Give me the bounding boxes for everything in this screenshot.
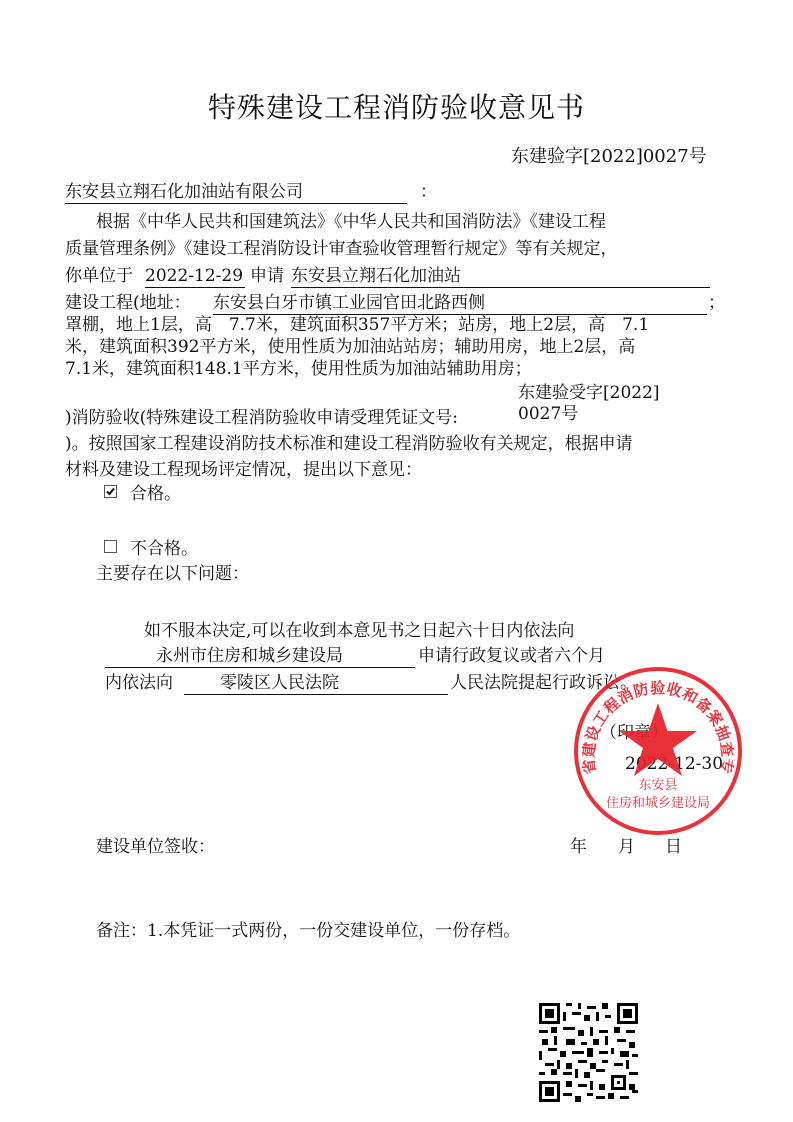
body-line-3-mid: 申请 [250, 265, 284, 287]
appeal-line-1: 如不服本决定,可以在收到本意见书之日起六十日内依法向 [144, 620, 574, 642]
appeal-line-3-prefix: 内依法向 [105, 672, 173, 694]
body-line-10: 材料及建设工程现场评定情况，提出以下意见： [65, 459, 422, 481]
signoff-month: 月 [618, 836, 635, 858]
body-line-4-prefix: 建设工程(地址： [65, 292, 191, 314]
document-title: 特殊建设工程消防验收意见书 [0, 86, 793, 126]
recipient-underline [65, 203, 407, 204]
fail-option-label: 不合格。 [130, 538, 198, 560]
qr-code [539, 1003, 638, 1102]
review-agency: 永州市住房和城乡建设局 [156, 645, 343, 667]
pass-checkbox[interactable] [104, 485, 117, 498]
court-underline [184, 694, 448, 695]
body-line-2: 质量管理条例》《建设工程消防设计审查验收管理暂行规定》等有关规定， [65, 238, 618, 260]
qr-code-icon [539, 1003, 638, 1102]
project-name: 东安县立翔石化加油站 [291, 265, 461, 287]
checkmark-icon [105, 486, 116, 497]
fail-checkbox[interactable] [104, 540, 117, 553]
appeal-line-2-suffix: 申请行政复议或者六个月 [418, 645, 605, 667]
svg-text:东安县: 东安县 [638, 777, 677, 793]
svg-text:住房和城乡建设局: 住房和城乡建设局 [606, 795, 710, 811]
body-line-1: 根据《中华人民共和国建筑法》《中华人民共和国消防法》《建设工程 [96, 211, 606, 233]
review-agency-underline [105, 667, 415, 668]
document-number: 东建验字[2022]0027号 [511, 146, 707, 168]
signoff-day: 日 [665, 836, 682, 858]
project-address: 东安县白牙市镇工业园官田北路西侧 [213, 292, 485, 314]
official-seal: 湖南省建设工程消防验收和备案抽查专用章 东安县 住房和城乡建设局 [572, 665, 744, 837]
court-name: 零陵区人民法院 [220, 672, 339, 694]
body-line-6: 米，建筑面积392平方米，使用性质为加油站站房；辅助用房，地上2层，高 [65, 336, 635, 358]
recipient-colon: ： [420, 181, 437, 203]
project-name-underline [291, 287, 710, 288]
recipient-name: 东安县立翔石化加油站有限公司 [65, 181, 303, 203]
body-line-8-prefix: )消防验收(特殊建设工程消防验收申请受理凭证文号: [65, 407, 458, 429]
acceptance-ref-line-1: 东建验受字[2022] [518, 382, 660, 404]
body-line-5: 罩棚，地上1层，高 7.7米，建筑面积357平方米；站房，地上2层，高 7.1 [65, 314, 649, 336]
signoff-year: 年 [570, 836, 587, 858]
body-line-7: 7.1米，建筑面积148.1平方米，使用性质为加油站辅助用房； [65, 358, 532, 380]
body-line-9: )。按照国家工程建设消防技术标准和建设工程消防验收有关规定，根据申请 [65, 433, 633, 455]
acceptance-ref-line-2: 0027号 [518, 403, 578, 425]
signoff-label: 建设单位签收： [96, 836, 215, 858]
body-line-4-suffix: ； [708, 292, 725, 314]
remarks-note: 备注：1.本凭证一式两份，一份交建设单位，一份存档。 [96, 920, 520, 942]
issues-label: 主要存在以下问题： [96, 563, 249, 585]
apply-date-underline [145, 287, 245, 288]
body-line-3-prefix: 你单位于 [65, 265, 133, 287]
pass-option-label: 合格。 [130, 483, 181, 505]
seal-stamp-icon: 湖南省建设工程消防验收和备案抽查专用章 东安县 住房和城乡建设局 [572, 665, 744, 837]
apply-date: 2022-12-29 [145, 265, 243, 287]
